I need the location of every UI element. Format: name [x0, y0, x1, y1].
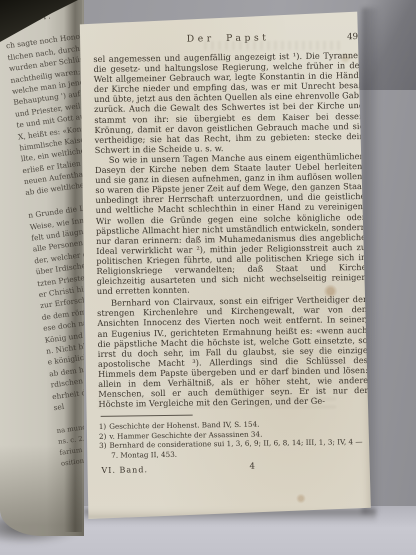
footnote-marker: 3): [99, 441, 107, 450]
paragraph-3: Bernhard von Clairvaux, sonst ein eifrig…: [97, 294, 369, 409]
paragraph-1: sel angemessen und augenfällig angezeigt…: [93, 50, 364, 155]
footnote-marker: 2): [99, 432, 107, 441]
running-header: Der Papst 49: [93, 31, 363, 48]
right-page-content: Der Papst 49 sel angemessen und augenfäl…: [93, 31, 370, 478]
header-title: Der Papst: [93, 31, 363, 46]
footnote-rule: [101, 415, 193, 417]
book-photo-scene: thümer. ch sagte noch Honoriustlichen na…: [0, 0, 416, 555]
footnote: 3)Bernhard de consideratione sui 1, 3, 6…: [99, 437, 369, 460]
body-text: sel angemessen und augenfällig angezeigt…: [93, 50, 368, 409]
signature-mark: 4: [249, 461, 255, 471]
right-page: Der Papst 49 sel angemessen und augenfäl…: [76, 7, 372, 519]
paragraph-2: So wie in unsern Tagen Manche aus einem …: [95, 151, 367, 296]
footnote-text: Bernhard de consideratione sui 1, 3, 6, …: [109, 438, 362, 460]
page-footer: VI. Band. 4: [99, 462, 369, 478]
page-number: 49: [347, 32, 358, 42]
footnotes: 1)Geschichte der Hohenst. Band IV, S. 15…: [99, 418, 370, 460]
volume-label: VI. Band.: [101, 465, 148, 475]
gutter-shadow: [64, 0, 82, 532]
footnote-marker: 1): [99, 422, 107, 431]
